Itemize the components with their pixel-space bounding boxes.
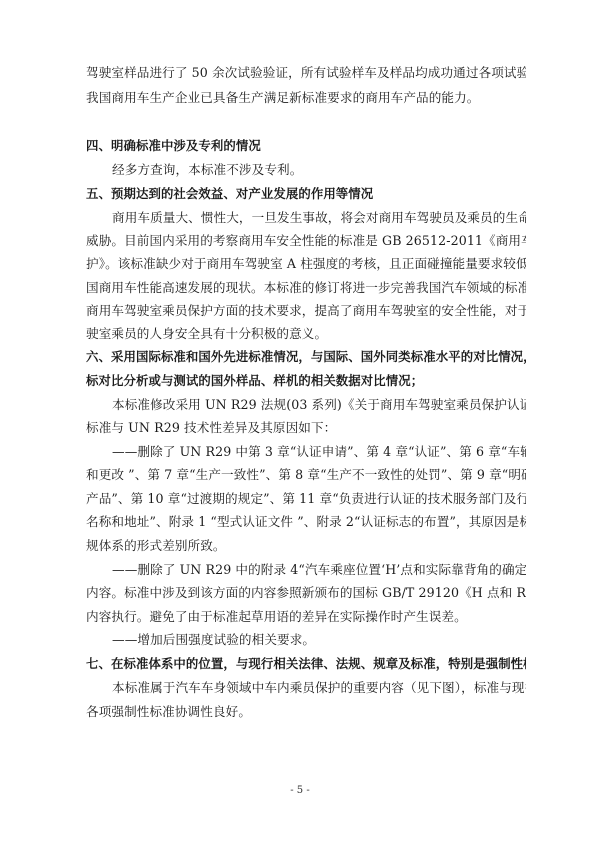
paragraph-line: 经多方查询，本标准不涉及专利。 bbox=[112, 160, 526, 180]
paragraph-line: 和更改 ”、第 7 章“生产一致性”、第 8 章“生产不一致性的处罚”、第 9 … bbox=[86, 465, 526, 485]
section-heading-line: 标对比分析或与测试的国外样品、样机的相关数据对比情况； bbox=[86, 371, 526, 391]
paragraph-line: 本标准属于汽车车身领域中车内乘员保护的重要内容（见下图），标准与现行法律、法规及 bbox=[112, 678, 526, 698]
paragraph-line: 威胁。目前国内采用的考察商用车安全性能的标准是 GB 26512-2011《商用… bbox=[86, 231, 526, 251]
paragraph-line: 本标准修改采用 UN R29 法规(03 系列)《关于商用车驾驶室乘员保护认证的… bbox=[112, 395, 526, 415]
section-heading-line: 六、采用国际标准和国外先进标准情况，与国际、国外同类标准水平的对比情况，国内外关… bbox=[86, 347, 526, 367]
paragraph-line: ——增加后围强度试验的相关要求。 bbox=[112, 630, 526, 650]
paragraph-line: 产品”、第 10 章“过渡期的规定”、第 11 章“负责进行认证的技术服务部门及… bbox=[86, 489, 526, 509]
paragraph-line: ——删除了 UN R29 中第 3 章“认证申请”、第 4 章“认证”、第 6 … bbox=[112, 442, 526, 462]
paragraph-line: 标准与 UN R29 技术性差异及其原因如下： bbox=[86, 418, 526, 438]
paragraph-line: 规体系的形式差别所致。 bbox=[86, 536, 526, 556]
paragraph-line: 内容。标准中涉及到该方面的内容参照新颁布的国标 GB/T 29120《H 点和 … bbox=[86, 583, 526, 603]
paragraph-line: 驾驶室样品进行了 50 余次试验验证，所有试验样车及样品均成功通过各项试验，这一… bbox=[86, 63, 526, 83]
paragraph-line: 驶室乘员的人身安全具有十分积极的意义。 bbox=[86, 324, 526, 344]
paragraph-line: 国商用车性能高速发展的现状。本标准的修订将进一步完善我国汽车领域的标准体系，规范… bbox=[86, 278, 526, 298]
paragraph-line: 护》。该标准缺少对于商用车驾驶室 A 柱强度的考核，且正面碰撞能量要求较低，已不… bbox=[86, 254, 526, 274]
section-heading-line: 四、明确标准中涉及专利的情况 bbox=[86, 136, 526, 156]
section-heading-line: 七、在标准体系中的位置，与现行相关法律、法规、规章及标准，特别是强制性标准的协调… bbox=[86, 654, 526, 674]
section-heading-line: 五、预期达到的社会效益、对产业发展的作用等情况 bbox=[86, 184, 526, 204]
paragraph-line: 名称和地址”、附录 1 “型式认证文件 ”、附录 2“认证标志的布置”，其原因是… bbox=[86, 512, 526, 532]
paragraph-line: ——删除了 UN R29 中的附录 4“汽车乘座位置‘H’点和实际靠背角的确定程… bbox=[112, 560, 526, 580]
paragraph-line: 商用车质量大、惯性大，一旦发生事故，将会对商用车驾驶员及乘员的生命安全造成严重 bbox=[112, 208, 526, 228]
paragraph-line: 各项强制性标准协调性良好。 bbox=[86, 702, 526, 722]
page-number: - 5 - bbox=[0, 783, 600, 799]
paragraph-line: 商用车驾驶室乘员保护方面的技术要求，提高了商用车驾驶室的安全性能，对于保障商用车… bbox=[86, 301, 526, 321]
paragraph-line: 我国商用车生产企业已具备生产满足新标准要求的商用车产品的能力。 bbox=[86, 88, 526, 108]
paragraph-line: 内容执行。避免了由于标准起草用语的差异在实际操作时产生误差。 bbox=[86, 607, 526, 627]
